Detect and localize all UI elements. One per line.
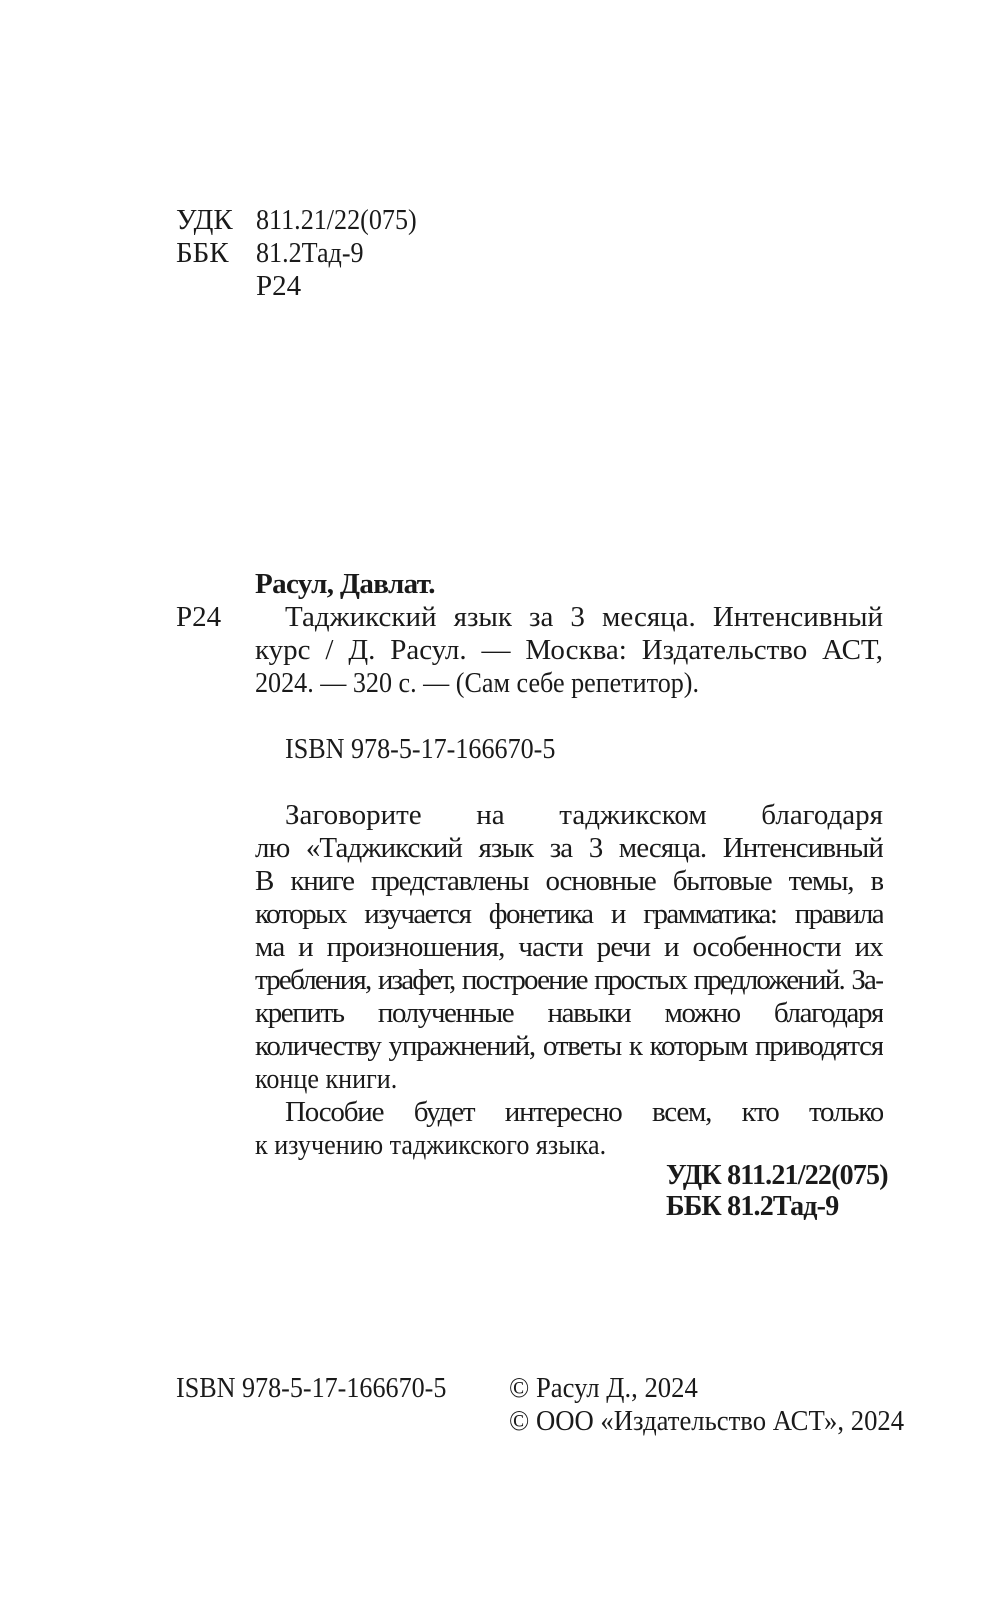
annotation-line: требления, изафет, построение простых пр… [255,964,883,997]
catalog-isbn: ISBN 978-5-17-166670-5 [285,733,555,766]
description-line: курс / Д. Расул. — Москва: Издательство … [255,634,883,667]
annotation-line: крепить полученные навыки можно благодар… [255,997,883,1030]
annotation-line: Заговорите на таджикском благодаря самоу… [285,799,883,832]
author-mark: Р24 [256,270,301,303]
copyright-publisher: © ООО «Издательство АСТ», 2024 [509,1405,904,1438]
author-heading: Расул, Давлат. [255,568,435,601]
annotation-line: ма и произношения, части речи и особенно… [255,931,883,964]
classification-bold: УДК 811.21/22(075) ББК 81.2Тад-9 [666,1160,888,1222]
bbk-label: ББК [176,237,229,270]
copyright-block: © Расул Д., 2024 © ООО «Издательство АСТ… [509,1372,938,1438]
annotation-line: лю «Таджикский язык за 3 месяца. Интенси… [255,832,883,865]
annotation-line: которых изучается фонетика и грамматика:… [255,898,883,931]
annotation-line: конце книги. [255,1063,397,1096]
annotation-line: Пособие будет интересно всем, кто только… [285,1096,883,1129]
bbk-bold: ББК 81.2Тад-9 [666,1191,888,1222]
copyright-author: © Расул Д., 2024 [509,1372,904,1405]
bbk-value: 81.2Тад-9 [256,237,364,270]
annotation-line: количеству упражнений, ответы к которым … [255,1030,883,1063]
annotation-line: к изучению таджикского языка. [255,1129,606,1162]
catalog-author-mark: Р24 [176,601,221,634]
udk-bold: УДК 811.21/22(075) [666,1160,888,1191]
description-line: 2024. — 320 с. — (Сам себе репетитор). [255,667,699,700]
annotation-line: В книге представлены основные бытовые те… [255,865,883,898]
imprint-isbn: ISBN 978-5-17-166670-5 [176,1372,446,1405]
description-line: Таджикский язык за 3 месяца. Интенсивный [285,601,883,634]
udk-label: УДК [176,204,233,237]
udk-value: 811.21/22(075) [256,204,417,237]
